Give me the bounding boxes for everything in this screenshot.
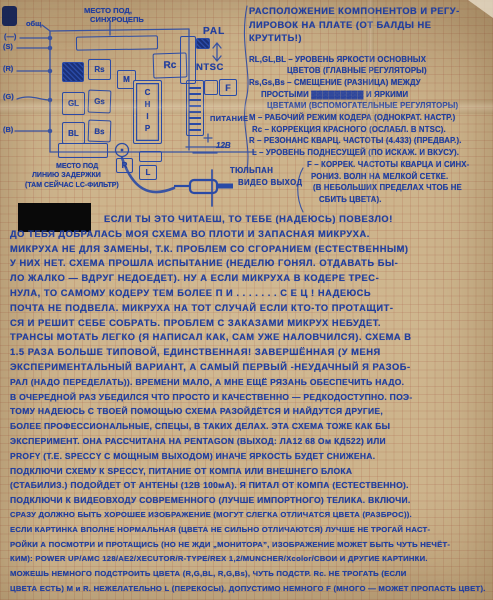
letter-body: ЕСЛИ ТЫ ЭТО ЧИТАЕШ, ТО ТЕБЕ (НАДЕЮСЬ) ПО…	[10, 214, 490, 599]
component-rs-box: Rs	[88, 59, 111, 80]
delay-line-placeholder-rect	[58, 143, 108, 158]
ink-blot	[2, 6, 17, 26]
body-line: КИМ): POWER UP/AMC 128/AE2/XECUTOR/R-TYP…	[10, 554, 490, 569]
pal-ntsc-arrow	[213, 43, 221, 61]
sync-place-note-line1: МЕСТО ПОД,	[84, 6, 132, 15]
pin-label-b: (B)	[3, 125, 13, 134]
ntsc-label: NTSC	[196, 62, 224, 73]
body-line: СРАЗУ ДОЛЖНО БЫТЬ ХОРОШЕЕ ИЗОБРАЖЕНИЕ (М…	[10, 510, 490, 525]
body-line: СЯ И РЕШИТ СЕБЕ СОБРАТЬ. ПРОБЛЕМ С ЗАКАЗ…	[10, 318, 490, 333]
pal-switch-knob	[196, 38, 210, 49]
legend-title-line1: РАСПОЛОЖЕНИЕ КОМПОНЕНТОВ И РЕГУ-	[249, 5, 491, 19]
sync-placeholder-rect	[76, 35, 158, 50]
rca-plug-icon	[174, 180, 233, 193]
body-line: РАЛ (НАДО ПЕРЕДЕЛАТЬ)). ВРЕМЕНИ МАЛО, А …	[10, 377, 490, 392]
pin-label-common: общ	[26, 19, 41, 28]
body-line: МИКРУХА НЕ ДЛЯ ЗАМЕНЫ, Т.К. ПРОБЛЕМ СО С…	[10, 244, 490, 259]
legend-item: F – КОРРЕК. ЧАСТОТЫ КВАРЦА И СИНХ-	[249, 159, 491, 171]
body-line: ЛО ЖАЛКО — ВДРУГ НЕДОЕДЕТ). НУ А ЕСЛИ МИ…	[10, 273, 490, 288]
component-quartz-box	[186, 80, 204, 136]
pin-label-r: (R)	[3, 64, 13, 73]
legend-item: ЦВЕТОВ (ГЛАВНЫЕ РЕГУЛЯТОРЫ)	[249, 65, 491, 77]
legend-item: СБИТЬ ЦВЕТА).	[249, 194, 491, 206]
body-line: ЕСЛИ КАРТИНКА ВПОЛНЕ НОРМАЛЬНАЯ (ЦВЕТА Н…	[10, 525, 490, 540]
legend-item: RL,GL,BL – УРОВЕНЬ ЯРКОСТИ ОСНОВНЫХ	[249, 54, 491, 66]
legend-block: РАСПОЛОЖЕНИЕ КОМПОНЕНТОВ И РЕГУ- ЛИРОВОК…	[249, 5, 491, 206]
legend-title-line3: КРУТИТЬ!)	[249, 32, 491, 46]
legend-item: ПРОСТЫМИ ▓▓▓▓▓▓▓▓▓ И ЯРКИМИ	[249, 89, 491, 101]
component-gl-box: GL	[62, 92, 85, 115]
body-line: У НИХ НЕТ. СХЕМА ПРОШЛА ИСПЫТАНИЕ (НЕДЕЛ…	[10, 258, 490, 273]
legend-item: РОНИЗ. ВОЛН НА МЕЛКОЙ СЕТКЕ.	[249, 171, 491, 183]
body-line: В ОЧЕРЕДНОЙ РАЗ УБЕДИЛСЯ ЧТО ПРОСТО И КА…	[10, 392, 490, 407]
pin-label-g: (G)	[3, 92, 14, 101]
legend-item: ЦВЕТАМИ (ВСПОМОГАТЕЛЬНЫЕ РЕГУЛЯТОРЫ)	[249, 100, 491, 112]
delay-note-line3: (ТАМ СЕЙЧАС LC-ФИЛЬТР)	[25, 182, 119, 189]
power-label: ПИТАНИЕ	[210, 114, 248, 123]
component-chip-box: CHIP	[133, 80, 162, 144]
body-line: ЭКСПЕРИМЕНТ. ОНА РАССЧИТАНА НА PENTAGON …	[10, 436, 490, 451]
component-r-box: R	[116, 158, 133, 173]
legend-item: L – УРОВЕНЬ ПОДНЕСУЩЕЙ (ПО ИСКАЖ. И ВКУС…	[249, 147, 491, 159]
wire-pin-g	[17, 97, 50, 100]
component-gs-box: Gs	[88, 90, 112, 114]
component-f-connector	[204, 80, 218, 95]
pin-label-minus: (—)	[4, 32, 16, 41]
sync-place-note-line2: СИНХРОЦЕПЬ	[90, 15, 144, 24]
component-bs-box: Bs	[88, 120, 112, 143]
component-l-connector	[139, 151, 162, 162]
body-line: ЦВЕТА ЕСТЬ) М и R. НЕЖЕЛАТЕЛЬНО L (ПЕРЕК…	[10, 584, 490, 599]
legend-title-line2: ЛИРОВОК НА ПЛАТЕ (ОТ БАЛДЫ НЕ	[249, 19, 491, 33]
component-l-box: L	[139, 165, 157, 180]
legend-item: Rc – КОРРЕКЦИЯ КРАСНОГО (ОСЛАБЛ. В NTSC)…	[249, 124, 491, 136]
pal-label: PAL	[203, 26, 225, 37]
legend-item: R – РЕЗОНАНС КВАРЦ. ЧАСТОТЫ (4.433) (ПРЕ…	[249, 135, 491, 147]
scanned-handwritten-letter: МЕСТО ПОД, СИНХРОЦЕПЬ общ (—) (S) (R) (G…	[0, 0, 493, 600]
transistor-circle-icon	[116, 144, 129, 157]
body-line: БОЛЕЕ ПРОФЕССИОНАЛЬНЫЕ, СПЕЦЫ, В ТАКИХ Д…	[10, 421, 490, 436]
component-rl-box	[62, 62, 84, 82]
body-line: PROFY (Т.Е. SPECCY С МОЩНЫМ ВЫХОДОМ) ИНА…	[10, 451, 490, 466]
body-line: ЭКСПЕРИМЕНТАЛЬНЫЙ ВАРИАНТ, А САМЫЙ ПЕРВЫ…	[10, 362, 490, 377]
legend-item: (В НЕБОЛЬШИХ ПРЕДЕЛАХ ЧТОБ НЕ	[249, 182, 491, 194]
legend-brace	[244, 6, 248, 170]
body-line: (СТАБИЛИЗ.) ПОДОЙДЕТ ОТ АНТЕНЫ (12В 100м…	[10, 480, 490, 495]
body-line: РОЙКИ А ПОСМОТРИ И ПРОТАЩИСЬ (НО НЕ ЖДИ …	[10, 540, 490, 555]
body-line: ПОДКЛЮЧИ СХЕМУ К SPECCY, ПИТАНИЕ ОТ КОМП…	[10, 466, 490, 481]
body-line: ДО ТЕБЯ ДОБРАЛАСЬ МОЯ СХЕМА ВО ПЛОТИ И З…	[10, 229, 490, 244]
body-line: ПОЧТА НЕ ПОДВЕЛА. МИКРУХА НА ТОТ СЛУЧАЙ …	[10, 303, 490, 318]
component-f-box: F	[219, 79, 237, 96]
body-line: ПОДКЛЮЧИ К ВИДЕОВХОДУ СОВРЕМЕННОГО (ЛУЧШ…	[10, 495, 490, 510]
pin-label-s: (S)	[3, 42, 13, 51]
component-bl-box: BL	[62, 122, 85, 144]
wire-obsh	[42, 25, 50, 31]
wire-top-bus	[50, 29, 189, 31]
body-line: НУЛА, ТО САМОМУ КОДЕРУ ТЕМ БОЛЕЕ П И . .…	[10, 288, 490, 303]
body-line: МОЖЕШЬ НЕМНОГО ПОДСТРОИТЬ ЦВЕТА (R,G,BL,…	[10, 569, 490, 584]
body-line: 1.5 РАЗА БОЛЬШЕ ТИПОВОЙ, ЕДИНСТВЕННАЯ! З…	[10, 347, 490, 362]
delay-note-line2: ЛИНИЮ ЗАДЕРЖКИ	[32, 172, 101, 179]
body-line: ЕСЛИ ТЫ ЭТО ЧИТАЕШ, ТО ТЕБЕ (НАДЕЮСЬ) ПО…	[10, 214, 490, 229]
legend-item: М – РАБОЧИЙ РЕЖИМ КОДЕРА (ОДНОКРАТ. НАСТ…	[249, 112, 491, 124]
delay-note-line1: МЕСТО ПОД	[56, 163, 98, 170]
body-line: ТРАНСЫ МОТАТЬ ЛЕГКО (Я НАПИСАЛ КАК, САМ …	[10, 332, 490, 347]
body-line: ТОМУ НАДЕЮСЬ С ТВОЕЙ ПОМОЩЬЮ СХЕМА РАЗОЙ…	[10, 406, 490, 421]
legend-items: RL,GL,BL – УРОВЕНЬ ЯРКОСТИ ОСНОВНЫХ ЦВЕТ…	[249, 54, 491, 206]
legend-item: Rs,Gs,Bs – СМЕЩЕНИЕ (РАЗНИЦА) МЕЖДУ	[249, 77, 491, 89]
power-voltage-label: 12В	[216, 141, 231, 150]
pal-switch-rect	[180, 36, 196, 84]
